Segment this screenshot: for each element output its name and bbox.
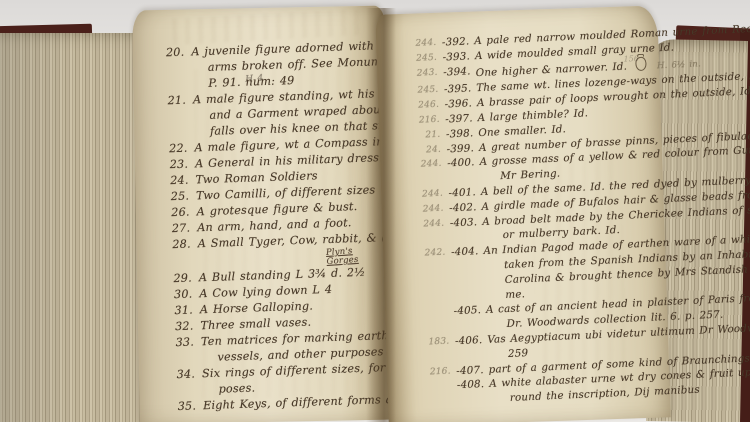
- right-page: 156 244.-392.A pale red narrow moulded R…: [375, 5, 671, 422]
- entry-number: -406.: [452, 333, 483, 349]
- margin-number: 244.: [422, 216, 445, 232]
- entry-number: -404.: [448, 244, 479, 260]
- entry-number: 30.: [166, 287, 193, 304]
- left-page: H 4 20.A juvenile figure adorned with a …: [132, 6, 392, 422]
- margin-number: [426, 305, 448, 306]
- entry-number: -402.: [446, 200, 477, 216]
- entry-number: -397.: [442, 111, 473, 127]
- margin-number: 24.: [419, 142, 442, 158]
- entry-number: 28.: [165, 237, 192, 254]
- entry-text: A Small Tyger, Cow, rabbit, & (dolphin)P…: [198, 230, 384, 270]
- entry-number: 20.: [158, 45, 185, 62]
- margin-number: 244.: [419, 157, 442, 173]
- entry-number: -395.: [441, 82, 472, 98]
- margin-number: 216.: [428, 364, 451, 380]
- right-page-entries: 244.-392.A pale red narrow moulded Roman…: [414, 26, 670, 409]
- entry-number: 21.: [160, 93, 187, 110]
- entry-number: -393.: [440, 49, 471, 65]
- margin-number: 244.: [421, 187, 444, 203]
- entry-text: A male figure standing, wt his right arm…: [193, 86, 379, 140]
- entry-text: An Indian Pagod made of earthen ware of …: [483, 236, 665, 303]
- margin-number: 21.: [418, 128, 441, 144]
- left-page-entries: 20.A juvenile figure adorned with a Chap…: [158, 38, 388, 415]
- entry-number: -403.: [447, 215, 478, 231]
- margin-number: 245.: [416, 83, 439, 99]
- entry-number: 32.: [167, 318, 194, 335]
- manuscript-photo: H 4 20.A juvenile figure adorned with a …: [0, 0, 750, 422]
- entry-number: -408.: [454, 377, 485, 393]
- margin-number: 244.: [414, 36, 437, 52]
- entry-number: 31.: [167, 302, 194, 319]
- entry-number: -401.: [446, 185, 477, 201]
- margin-number: 242.: [423, 246, 446, 262]
- entry-number: 27.: [164, 221, 191, 238]
- margin-number: 245.: [415, 51, 438, 67]
- catalog-entry: 242.-404.An Indian Pagod made of earthen…: [423, 236, 665, 306]
- entry-number: -394.: [440, 64, 471, 80]
- entry-number: 26.: [163, 205, 190, 222]
- entry-number: -407.: [453, 363, 484, 379]
- entry-number: 24.: [162, 173, 189, 190]
- entry-number: -405.: [451, 303, 482, 319]
- entry-number: 35.: [170, 398, 197, 415]
- dimension-note: H. 6½ in.: [657, 59, 701, 71]
- entry-text: A juvenile figure adorned with a Chaplet…: [191, 38, 377, 92]
- catalog-entry: 28.A Small Tyger, Cow, rabbit, & (dolphi…: [165, 230, 384, 271]
- margin-number: 243.: [415, 65, 438, 81]
- entry-number: -392.: [439, 34, 470, 50]
- catalog-entry: 20.A juvenile figure adorned with a Chap…: [158, 38, 377, 93]
- entry-number: -399.: [444, 141, 475, 157]
- entry-number: 34.: [169, 366, 196, 383]
- entry-number: -398.: [443, 126, 474, 142]
- entry-number: 23.: [162, 157, 189, 174]
- entry-number: -396.: [442, 97, 473, 113]
- margin-number: 244.: [421, 201, 444, 217]
- entry-number: -400.: [444, 156, 475, 172]
- entry-number: 29.: [166, 271, 193, 288]
- margin-number: 183.: [427, 334, 450, 350]
- margin-number: 246.: [417, 98, 440, 114]
- entry-number: 33.: [168, 334, 195, 351]
- urn-sketch-icon: [635, 56, 647, 70]
- catalog-entry: 21.A male figure standing, wt his right …: [160, 86, 379, 141]
- entry-number: 22.: [161, 141, 188, 158]
- book-gutter-shadow: [366, 8, 396, 422]
- margin-number: 216.: [417, 113, 440, 129]
- entry-number: 25.: [163, 189, 190, 206]
